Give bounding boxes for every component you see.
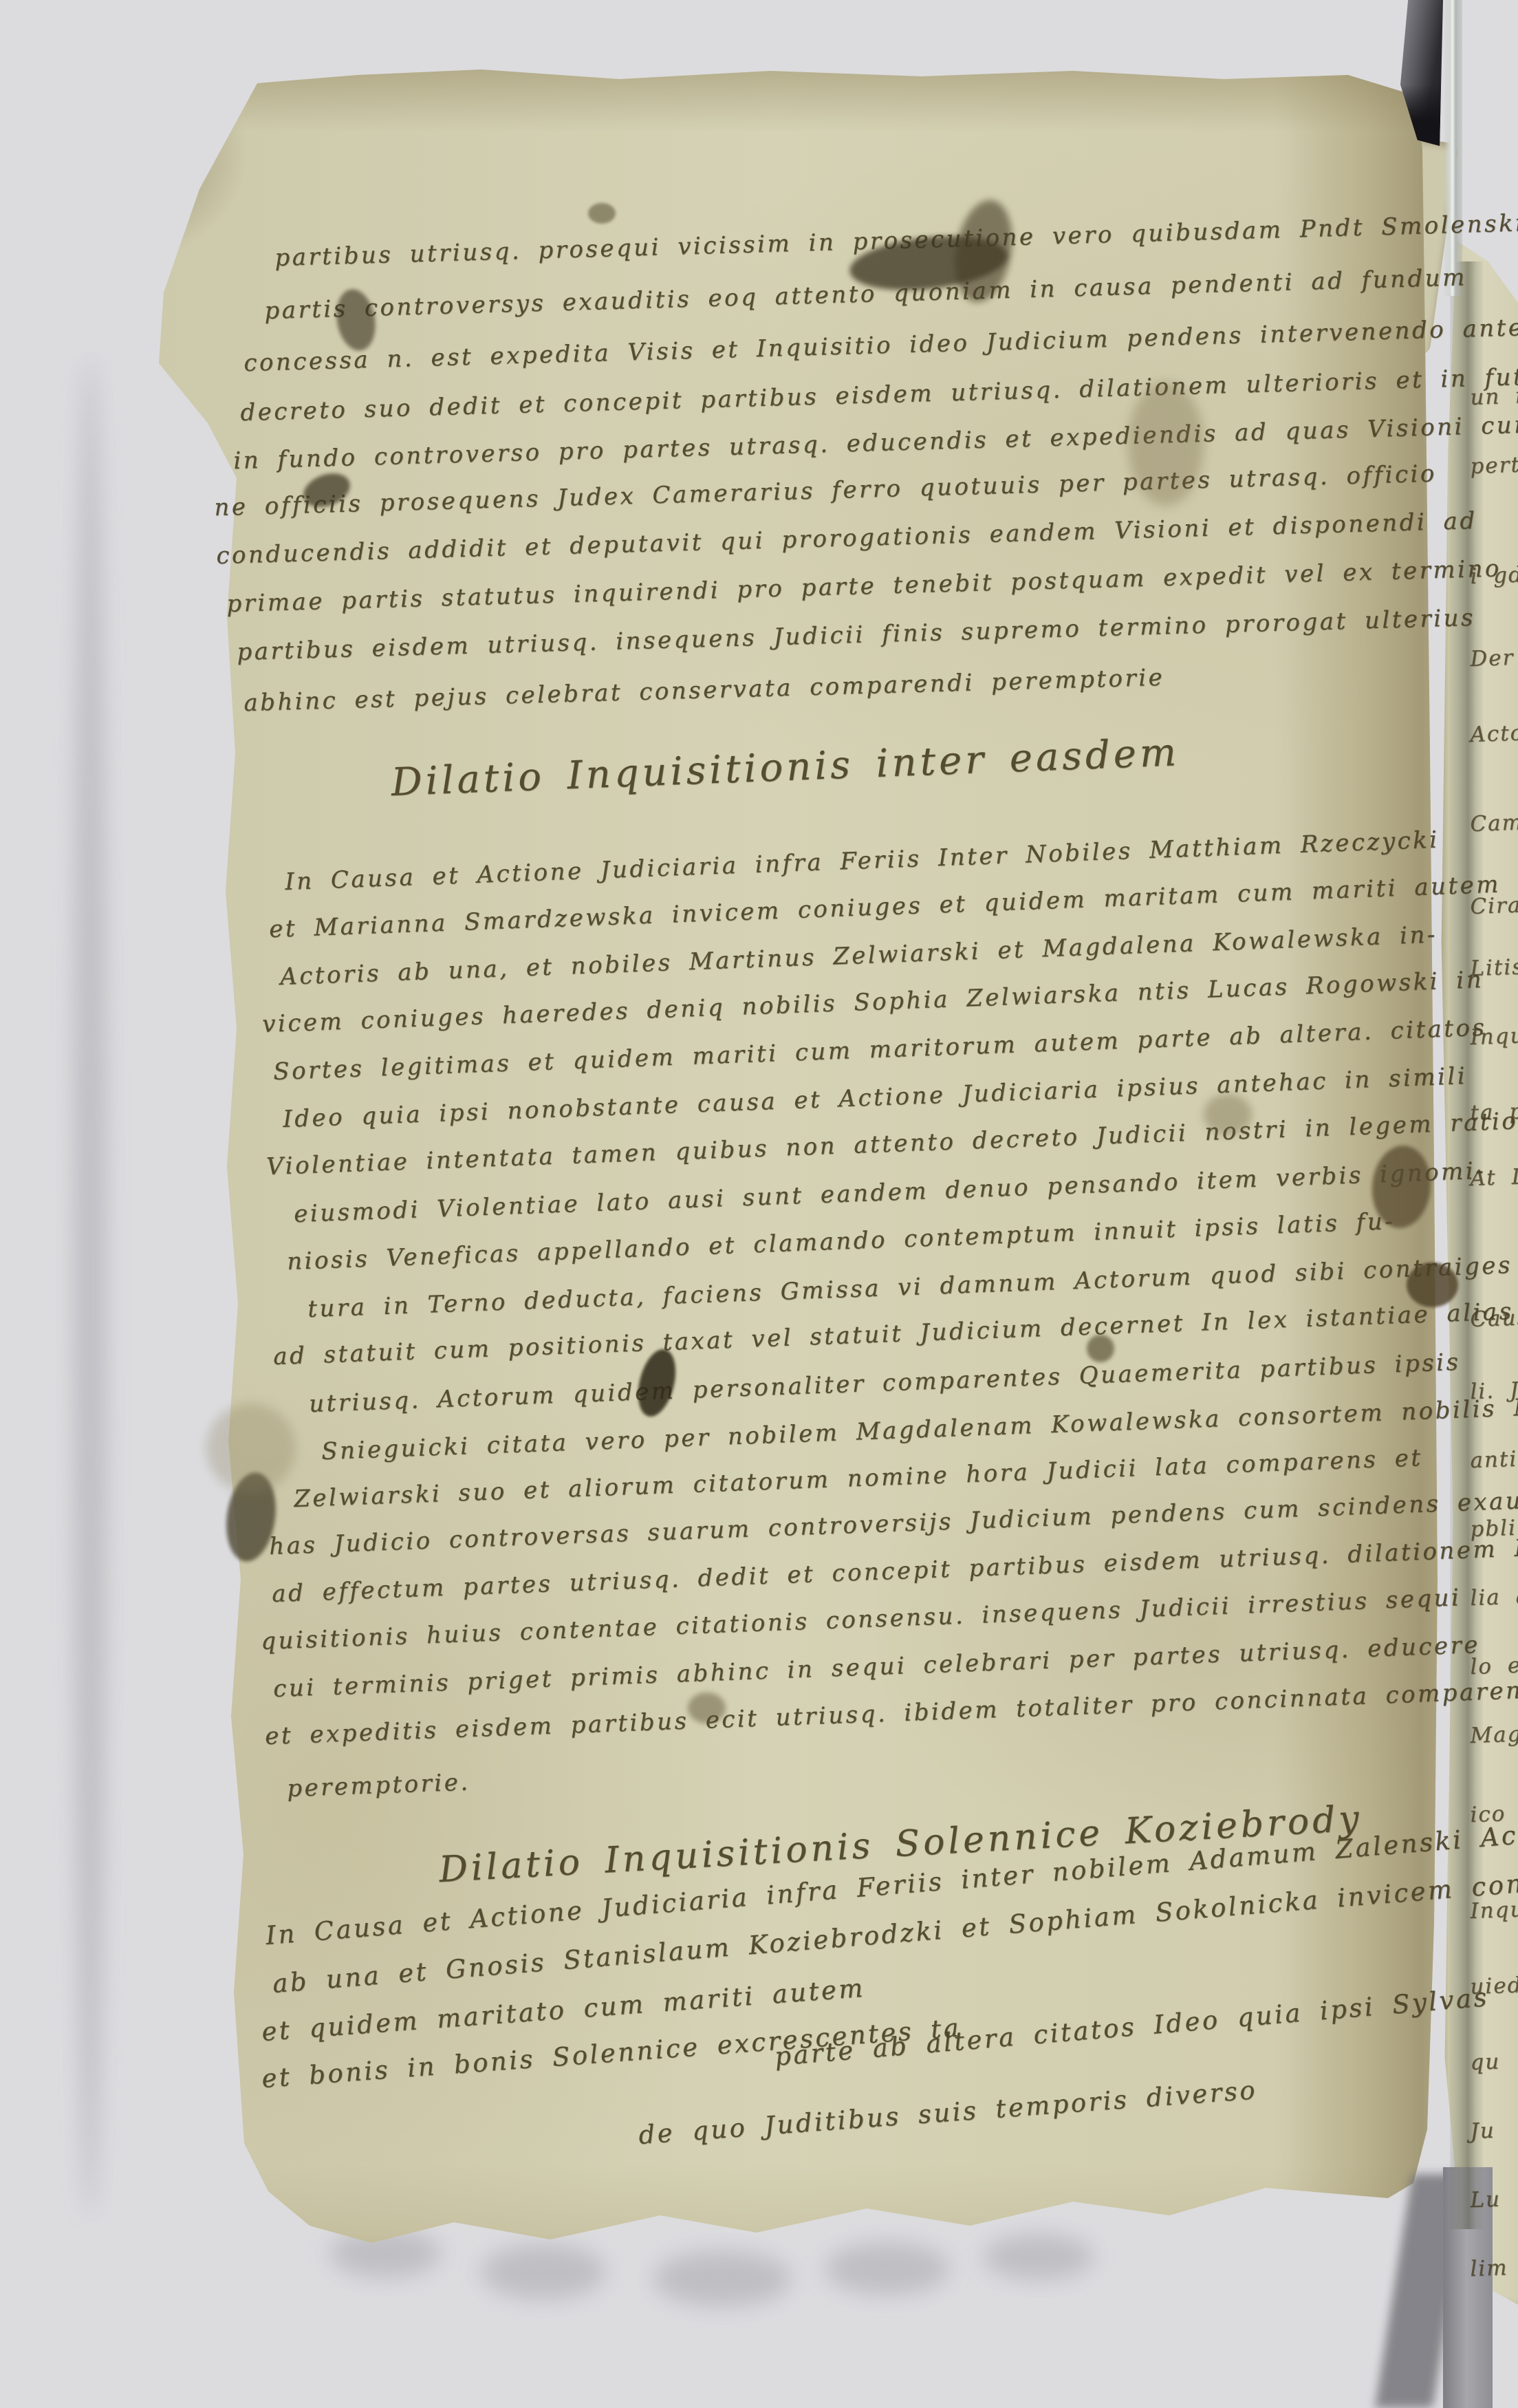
- next-page-text-fragment-10: ta pa: [1470, 1099, 1518, 1126]
- ink-stain-13: [688, 1692, 726, 1723]
- next-page-text-fragment-23: Ju: [1470, 2118, 1496, 2144]
- next-page-text-fragment-5: Actor: [1470, 720, 1518, 747]
- deckle-edge-shadow-2: [481, 2244, 605, 2299]
- next-page-text-fragment-25: lim: [1470, 2255, 1508, 2281]
- next-page-text-fragment-24: Lu: [1470, 2186, 1501, 2213]
- deckle-edge-shadow-5: [984, 2235, 1094, 2279]
- next-page-text-fragment-16: lia ab: [1470, 1583, 1518, 1611]
- deckle-edge-shadow-4: [825, 2243, 949, 2294]
- next-page-text-fragment-4: Der: [1470, 645, 1515, 671]
- ink-stain-3: [1128, 382, 1204, 506]
- ink-stain-7: [206, 1404, 296, 1493]
- manuscript-scan: Dilatio Inquisitionis inter easdem Dilat…: [0, 0, 1518, 2408]
- next-page-text-fragment-3: i gd h: [1470, 561, 1518, 589]
- next-page-text-fragment-12: Caus: [1470, 1305, 1518, 1332]
- ink-stain-14: [588, 203, 616, 224]
- ink-stain-12: [1204, 1094, 1252, 1135]
- ink-stain-11: [1087, 1335, 1114, 1362]
- next-page-text-fragment-17: lo e: [1470, 1653, 1518, 1679]
- glass-rod-top: [1444, 0, 1462, 296]
- next-page-text-fragment-1: un ir: [1470, 383, 1518, 410]
- next-page-text-fragment-8: Litis: [1470, 954, 1518, 981]
- next-page-text-fragment-18: Mag: [1470, 1721, 1518, 1748]
- next-page-text-fragment-7: Cirat: [1470, 892, 1518, 919]
- next-page-text-fragment-13: li. Ju: [1470, 1377, 1518, 1404]
- next-page-text-fragment-9: Inqui: [1470, 1023, 1518, 1050]
- next-page-text-fragment-20: Inqu: [1470, 1897, 1518, 1924]
- next-page-text-fragment-6: Camer: [1470, 809, 1518, 837]
- deckle-edge-shadow-3: [653, 2251, 791, 2306]
- ink-stain-9: [1407, 1262, 1458, 1307]
- next-page-text-fragment-15: pbli: [1470, 1516, 1517, 1542]
- deckle-edge-shadow-6: [74, 358, 106, 2215]
- next-page-text-fragment-21: uied: [1470, 1972, 1518, 1999]
- next-page-text-fragment-14: anti: [1470, 1447, 1518, 1473]
- next-page-text-fragment-19: ico: [1470, 1801, 1506, 1827]
- next-page-text-fragment-11: At L: [1470, 1164, 1518, 1191]
- next-page-text-fragment-2: pertoni: [1470, 451, 1518, 479]
- next-page-text-fragment-22: qu: [1470, 2049, 1501, 2075]
